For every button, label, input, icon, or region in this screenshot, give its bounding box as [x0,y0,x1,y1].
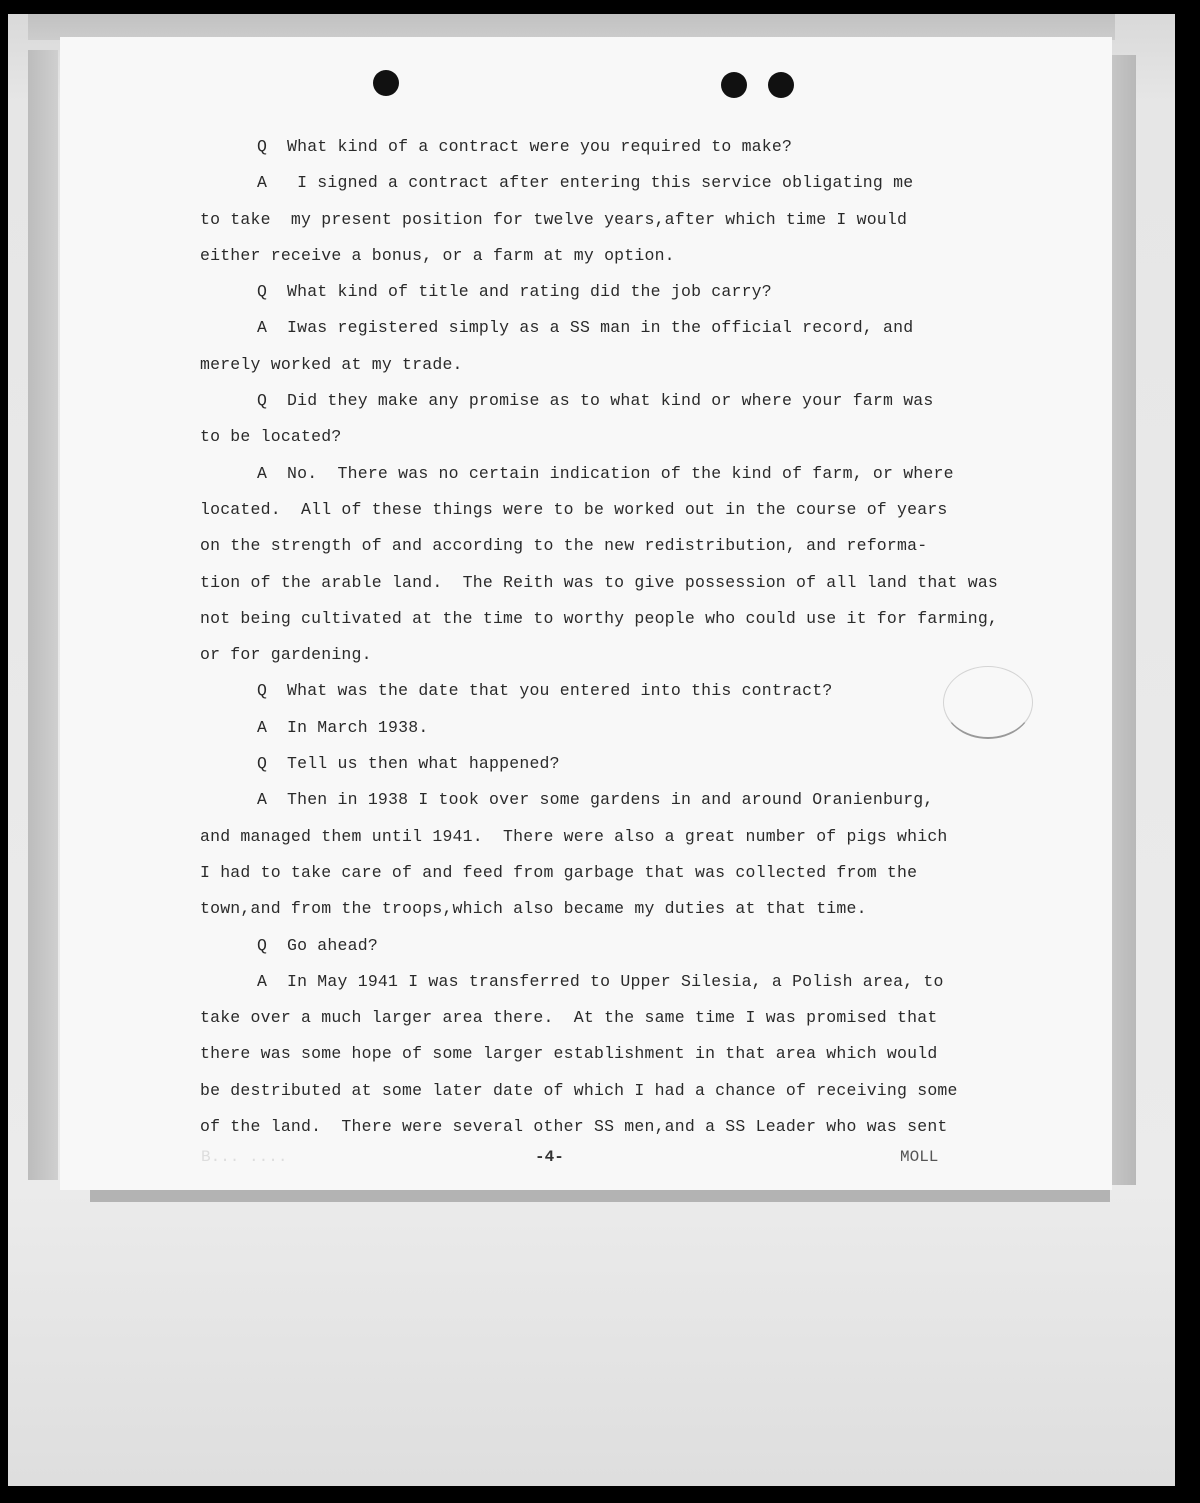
line-text: What kind of title and rating did the jo… [287,282,772,301]
continuation-line: not being cultivated at the time to wort… [200,601,1080,637]
faint-footer-text: B... .... [201,1148,287,1166]
line-text: either receive a bonus, or a farm at my … [200,246,675,265]
continuation-line: there was some hope of some larger estab… [200,1036,1080,1072]
line-text: merely worked at my trade. [200,355,463,374]
continuation-line: or for gardening. [200,637,1080,673]
continuation-line: either receive a bonus, or a farm at my … [200,238,1080,274]
line-text: What kind of a contract were you require… [287,137,792,156]
line-text: to take my present position for twelve y… [200,210,907,229]
qa-marker: A [257,165,287,201]
qa-marker: A [257,782,287,818]
line-text: tion of the arable land. The Reith was t… [200,573,998,592]
line-text: Iwas registered simply as a SS man in th… [287,318,913,337]
answer-line: AIn March 1938. [200,710,1080,746]
footer-initials: MOLL [900,1148,938,1166]
qa-marker: Q [257,673,287,709]
line-text: What was the date that you entered into … [287,681,833,700]
line-text: on the strength of and according to the … [200,536,927,555]
line-text: located. All of these things were to be … [200,500,948,519]
continuation-line: located. All of these things were to be … [200,492,1080,528]
continuation-line: on the strength of and according to the … [200,528,1080,564]
scan-edge-shadow-bottom [90,1190,1110,1202]
scan-edge-shadow-right [1108,55,1136,1185]
question-line: QWhat kind of title and rating did the j… [200,274,1080,310]
line-text: Tell us then what happened? [287,754,560,773]
answer-line: AIn May 1941 I was transferred to Upper … [200,964,1080,1000]
answer-line: A I signed a contract after entering thi… [200,165,1080,201]
page-number: -4- [535,1148,564,1166]
line-text: I signed a contract after entering this … [287,173,913,192]
continuation-line: town,and from the troops,which also beca… [200,891,1080,927]
qa-marker: A [257,964,287,1000]
question-line: QWhat kind of a contract were you requir… [200,129,1080,165]
continuation-line: be destributed at some later date of whi… [200,1073,1080,1109]
line-text: of the land. There were several other SS… [200,1117,948,1136]
continuation-line: to take my present position for twelve y… [200,202,1080,238]
answer-line: AIwas registered simply as a SS man in t… [200,310,1080,346]
line-text: and managed them until 1941. There were … [200,827,948,846]
qa-marker: Q [257,746,287,782]
qa-marker: A [257,456,287,492]
question-line: QTell us then what happened? [200,746,1080,782]
qa-marker: A [257,310,287,346]
qa-marker: Q [257,129,287,165]
document-page: QWhat kind of a contract were you requir… [60,37,1112,1190]
line-text: town,and from the troops,which also beca… [200,899,867,918]
continuation-line: of the land. There were several other SS… [200,1109,1080,1145]
answer-line: ANo. There was no certain indication of … [200,456,1080,492]
line-text: Go ahead? [287,936,378,955]
question-line: QGo ahead? [200,928,1080,964]
transcript-body: QWhat kind of a contract were you requir… [200,129,1080,1145]
continuation-line: tion of the arable land. The Reith was t… [200,565,1080,601]
continuation-line: take over a much larger area there. At t… [200,1000,1080,1036]
punch-hole-icon [373,70,399,96]
continuation-line: to be located? [200,419,1080,455]
continuation-line: merely worked at my trade. [200,347,1080,383]
continuation-line: I had to take care of and feed from garb… [200,855,1080,891]
qa-marker: Q [257,274,287,310]
line-text: be destributed at some later date of whi… [200,1081,958,1100]
answer-line: AThen in 1938 I took over some gardens i… [200,782,1080,818]
qa-marker: Q [257,928,287,964]
line-text: No. There was no certain indication of t… [287,464,954,483]
line-text: not being cultivated at the time to wort… [200,609,998,628]
line-text: I had to take care of and feed from garb… [200,863,917,882]
punch-hole-icon [768,72,794,98]
line-text: Did they make any promise as to what kin… [287,391,934,410]
punch-hole-icon [721,72,747,98]
line-text: there was some hope of some larger estab… [200,1044,937,1063]
line-text: take over a much larger area there. At t… [200,1008,937,1027]
line-text: Then in 1938 I took over some gardens in… [287,790,934,809]
qa-marker: Q [257,383,287,419]
question-line: QWhat was the date that you entered into… [200,673,1080,709]
qa-marker: A [257,710,287,746]
line-text: or for gardening. [200,645,372,664]
line-text: In May 1941 I was transferred to Upper S… [287,972,944,991]
question-line: QDid they make any promise as to what ki… [200,383,1080,419]
scan-edge-shadow-left [28,50,58,1180]
line-text: In March 1938. [287,718,428,737]
line-text: to be located? [200,427,341,446]
continuation-line: and managed them until 1941. There were … [200,819,1080,855]
